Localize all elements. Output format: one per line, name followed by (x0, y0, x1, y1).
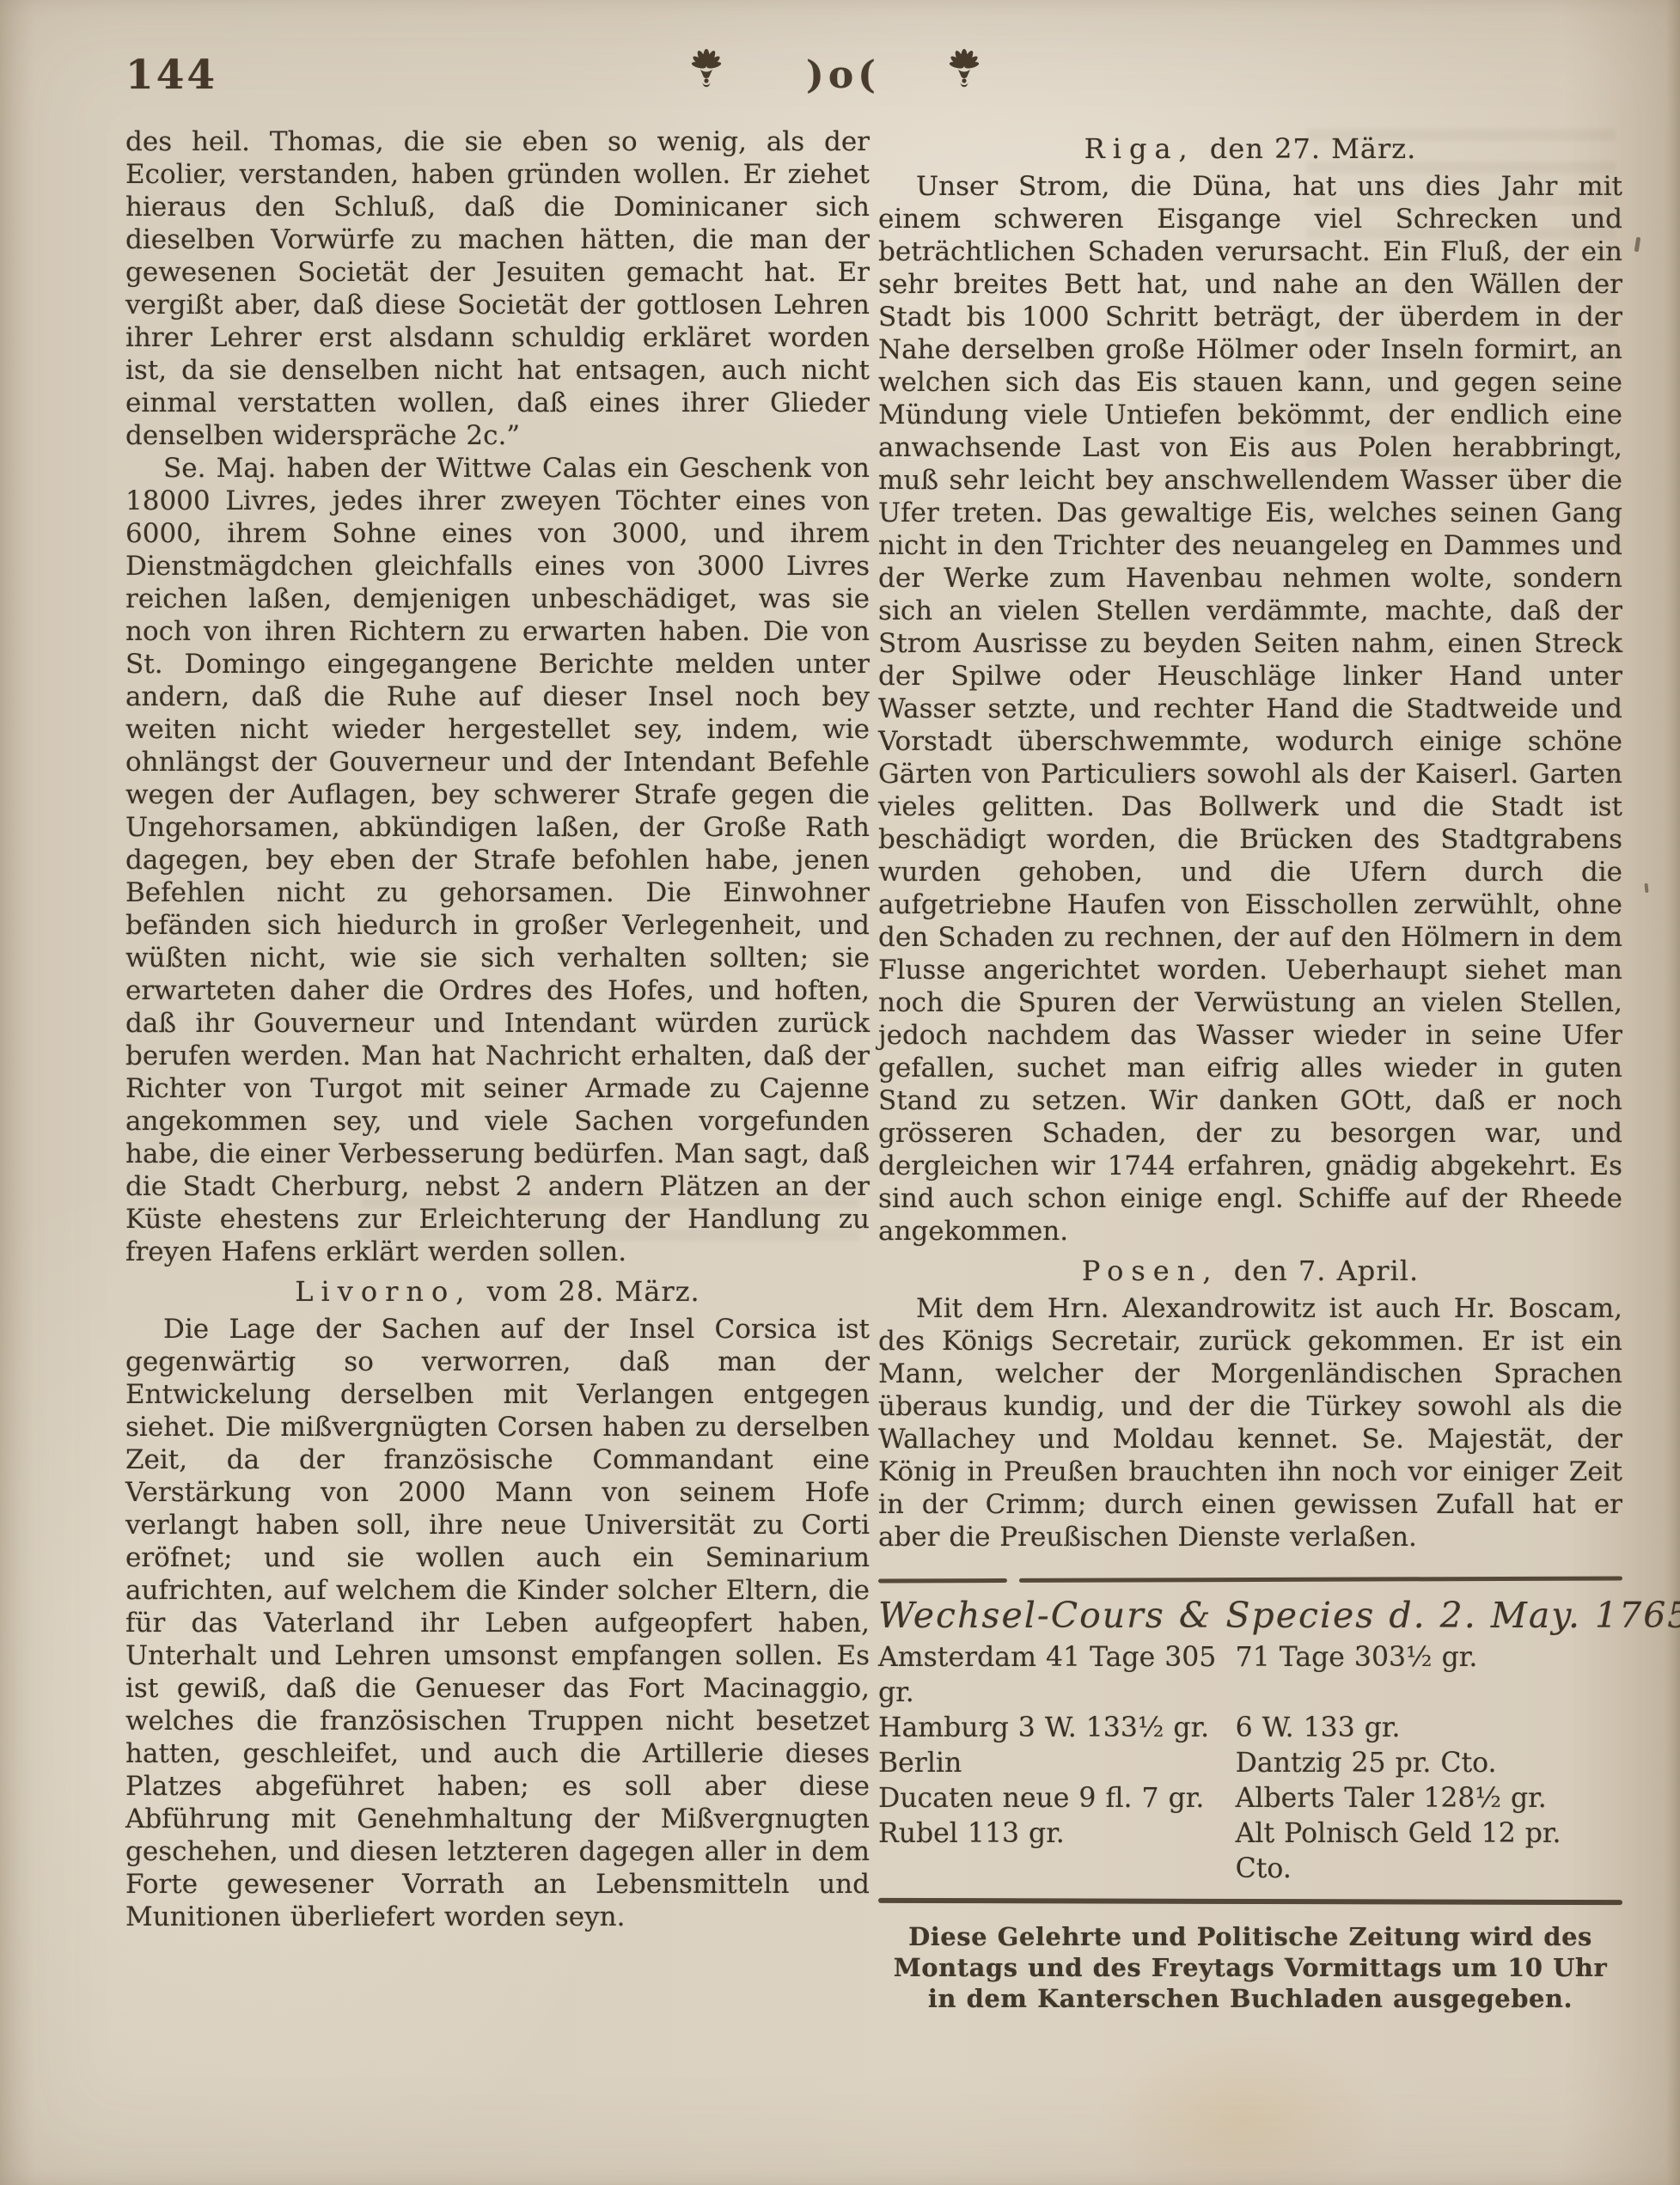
article-paragraph: Se. Maj. haben der Wittwe Calas ein Gesc… (125, 452, 870, 1268)
exchange-cell: Amsterdam 41 Tage 305 gr. (878, 1640, 1236, 1711)
shell-ornament-icon (940, 46, 988, 95)
shell-ornament-icon (682, 46, 730, 95)
exchange-cell: 6 W. 133 gr. (1236, 1711, 1622, 1746)
exchange-cell: Ducaten neue 9 fl. 7 gr. (878, 1781, 1236, 1816)
dateline-heading-livorno: Livorno, vom 28. März. (125, 1275, 870, 1308)
rule-segment (1019, 1576, 1622, 1582)
dateline-date: vom 28. März. (482, 1275, 700, 1308)
dateline-place: Riga, (1084, 132, 1195, 165)
exchange-cell: Berlin (878, 1746, 1236, 1781)
exchange-cell: Hamburg 3 W. 133½ gr. (878, 1711, 1236, 1746)
left-column: des heil. Thomas, die sie eben so wenig,… (125, 125, 870, 1933)
exchange-cell: Alberts Taler 128½ gr. (1236, 1781, 1622, 1816)
dateline-date: den 7. April. (1229, 1254, 1419, 1287)
exchange-cell: 71 Tage 303½ gr. (1236, 1640, 1622, 1711)
exchange-row: Rubel 113 gr. Alt Polnisch Geld 12 pr. C… (878, 1816, 1622, 1887)
ink-speck (1634, 237, 1641, 253)
section-divider-rule (878, 1898, 1622, 1905)
ink-speck (1644, 883, 1648, 893)
dateline-heading-posen: Posen, den 7. April. (878, 1254, 1622, 1287)
printer-mark: )o( (806, 53, 880, 97)
right-column: Riga, den 27. März. Unser Strom, die Dün… (878, 125, 1622, 2014)
exchange-cell: Dantzig 25 pr. Cto. (1236, 1746, 1622, 1781)
section-divider-rule (878, 1576, 1622, 1583)
exchange-rates-title: Wechsel-Cours & Species d. 2. May. 1765. (878, 1599, 1622, 1632)
exchange-row: Amsterdam 41 Tage 305 gr. 71 Tage 303½ g… (878, 1640, 1622, 1711)
article-paragraph: Unser Strom, die Düna, hat uns dies Jahr… (878, 170, 1622, 1248)
article-paragraph: des heil. Thomas, die sie eben so wenig,… (125, 125, 870, 452)
exchange-row: Ducaten neue 9 fl. 7 gr. Alberts Taler 1… (878, 1781, 1622, 1816)
dateline-date: den 27. März. (1205, 132, 1416, 165)
rule-segment (878, 1578, 1007, 1584)
publication-notice: Diese Gelehrte und Politische Zeitung wi… (878, 1921, 1622, 2014)
dateline-heading-riga: Riga, den 27. März. (878, 132, 1622, 165)
newspaper-page: 144 )o( (0, 0, 1680, 2185)
article-paragraph: Mit dem Hrn. Alexandrowitz ist auch Hr. … (878, 1292, 1622, 1553)
exchange-row: Berlin Dantzig 25 pr. Cto. (878, 1746, 1622, 1781)
article-paragraph: Die Lage der Sachen auf der Insel Corsic… (125, 1313, 870, 1933)
dateline-place: Posen, (1082, 1254, 1219, 1287)
page-number: 144 (125, 52, 217, 99)
page-header: 144 )o( (0, 45, 1680, 105)
exchange-cell: Rubel 113 gr. (878, 1816, 1236, 1887)
exchange-row: Hamburg 3 W. 133½ gr. 6 W. 133 gr. (878, 1711, 1622, 1746)
dateline-place: Livorno, (295, 1275, 472, 1308)
exchange-cell: Alt Polnisch Geld 12 pr. Cto. (1236, 1816, 1622, 1887)
